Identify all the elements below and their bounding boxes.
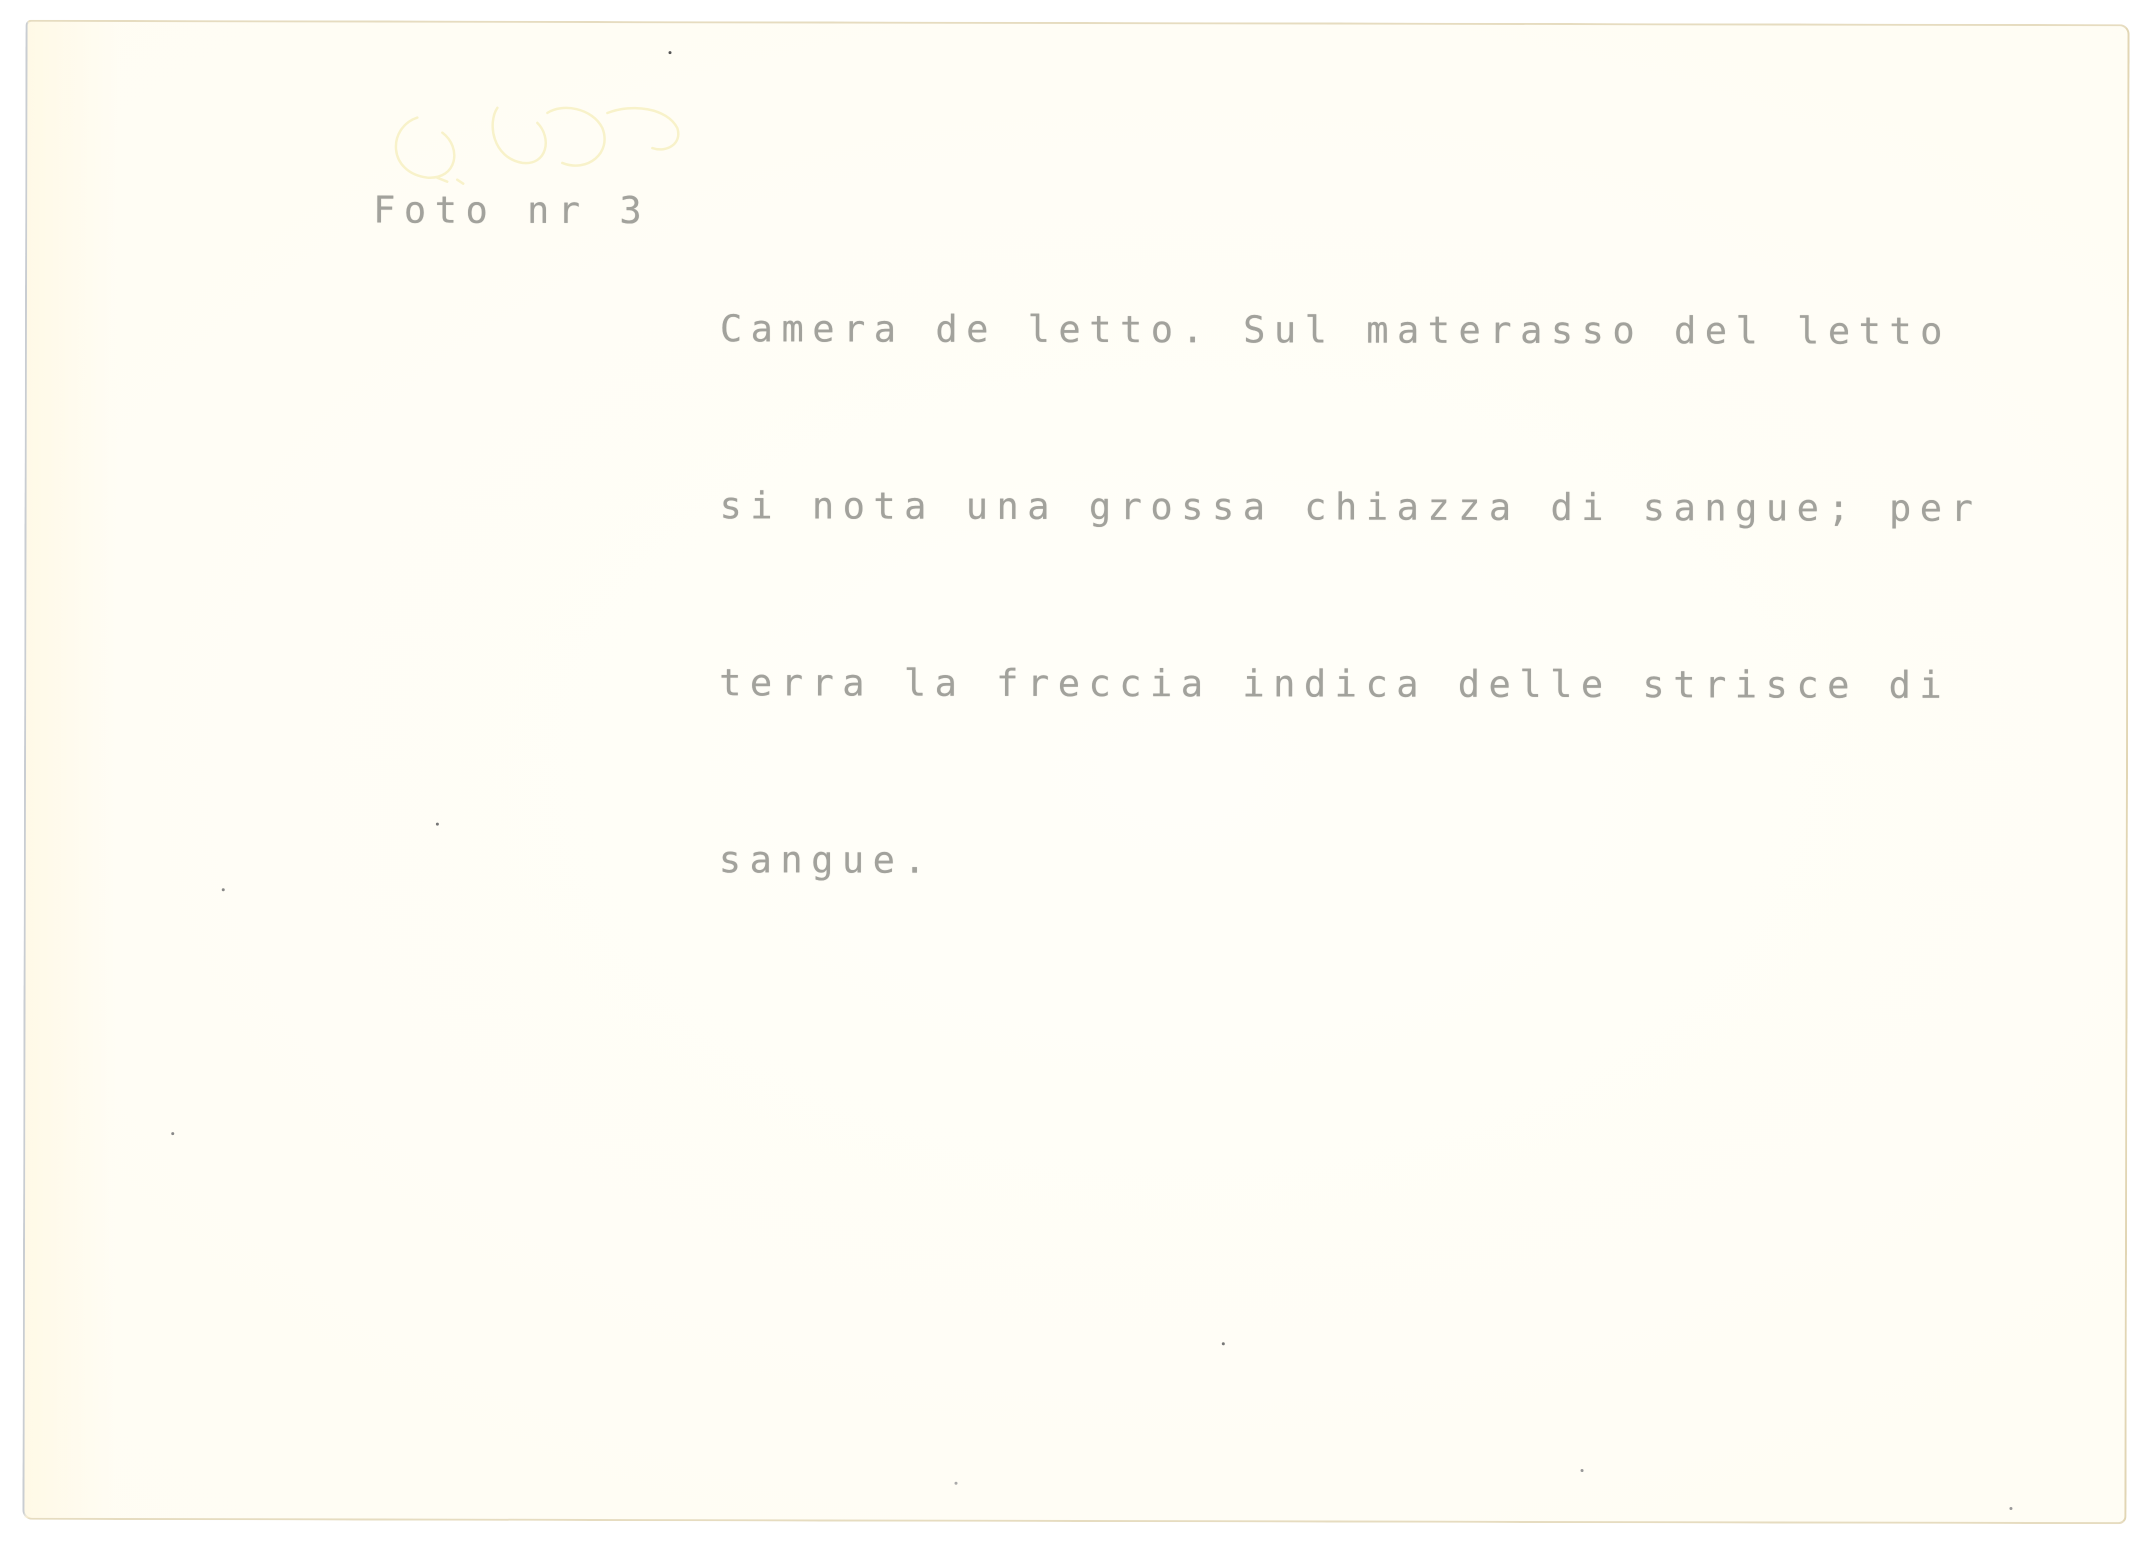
dust-speck <box>222 888 225 891</box>
photo-caption: Camera de letto. Sul materasso del letto… <box>719 181 1983 1010</box>
photo-number-label: Foto nr 3 <box>373 181 650 241</box>
paper-edge-shading <box>24 22 117 1518</box>
caption-line: terra la freccia indica delle strisce di <box>719 653 1981 715</box>
caption-line: si nota una grossa chiazza di sangue; pe… <box>719 476 1981 538</box>
dust-speck <box>171 1132 174 1135</box>
faint-handwritten-mark-icon <box>347 77 707 188</box>
dust-speck <box>1581 1469 1584 1472</box>
dust-speck <box>955 1482 958 1485</box>
dust-speck <box>669 51 672 54</box>
photo-card: Foto nr 3 Camera de letto. Sul materasso… <box>22 20 2129 1524</box>
dust-speck <box>2009 1507 2012 1510</box>
dust-speck <box>1222 1342 1225 1345</box>
caption-line: Camera de letto. Sul materasso del letto <box>720 299 1982 361</box>
caption-line: sangue. <box>719 830 1981 892</box>
dust-speck <box>436 823 439 826</box>
